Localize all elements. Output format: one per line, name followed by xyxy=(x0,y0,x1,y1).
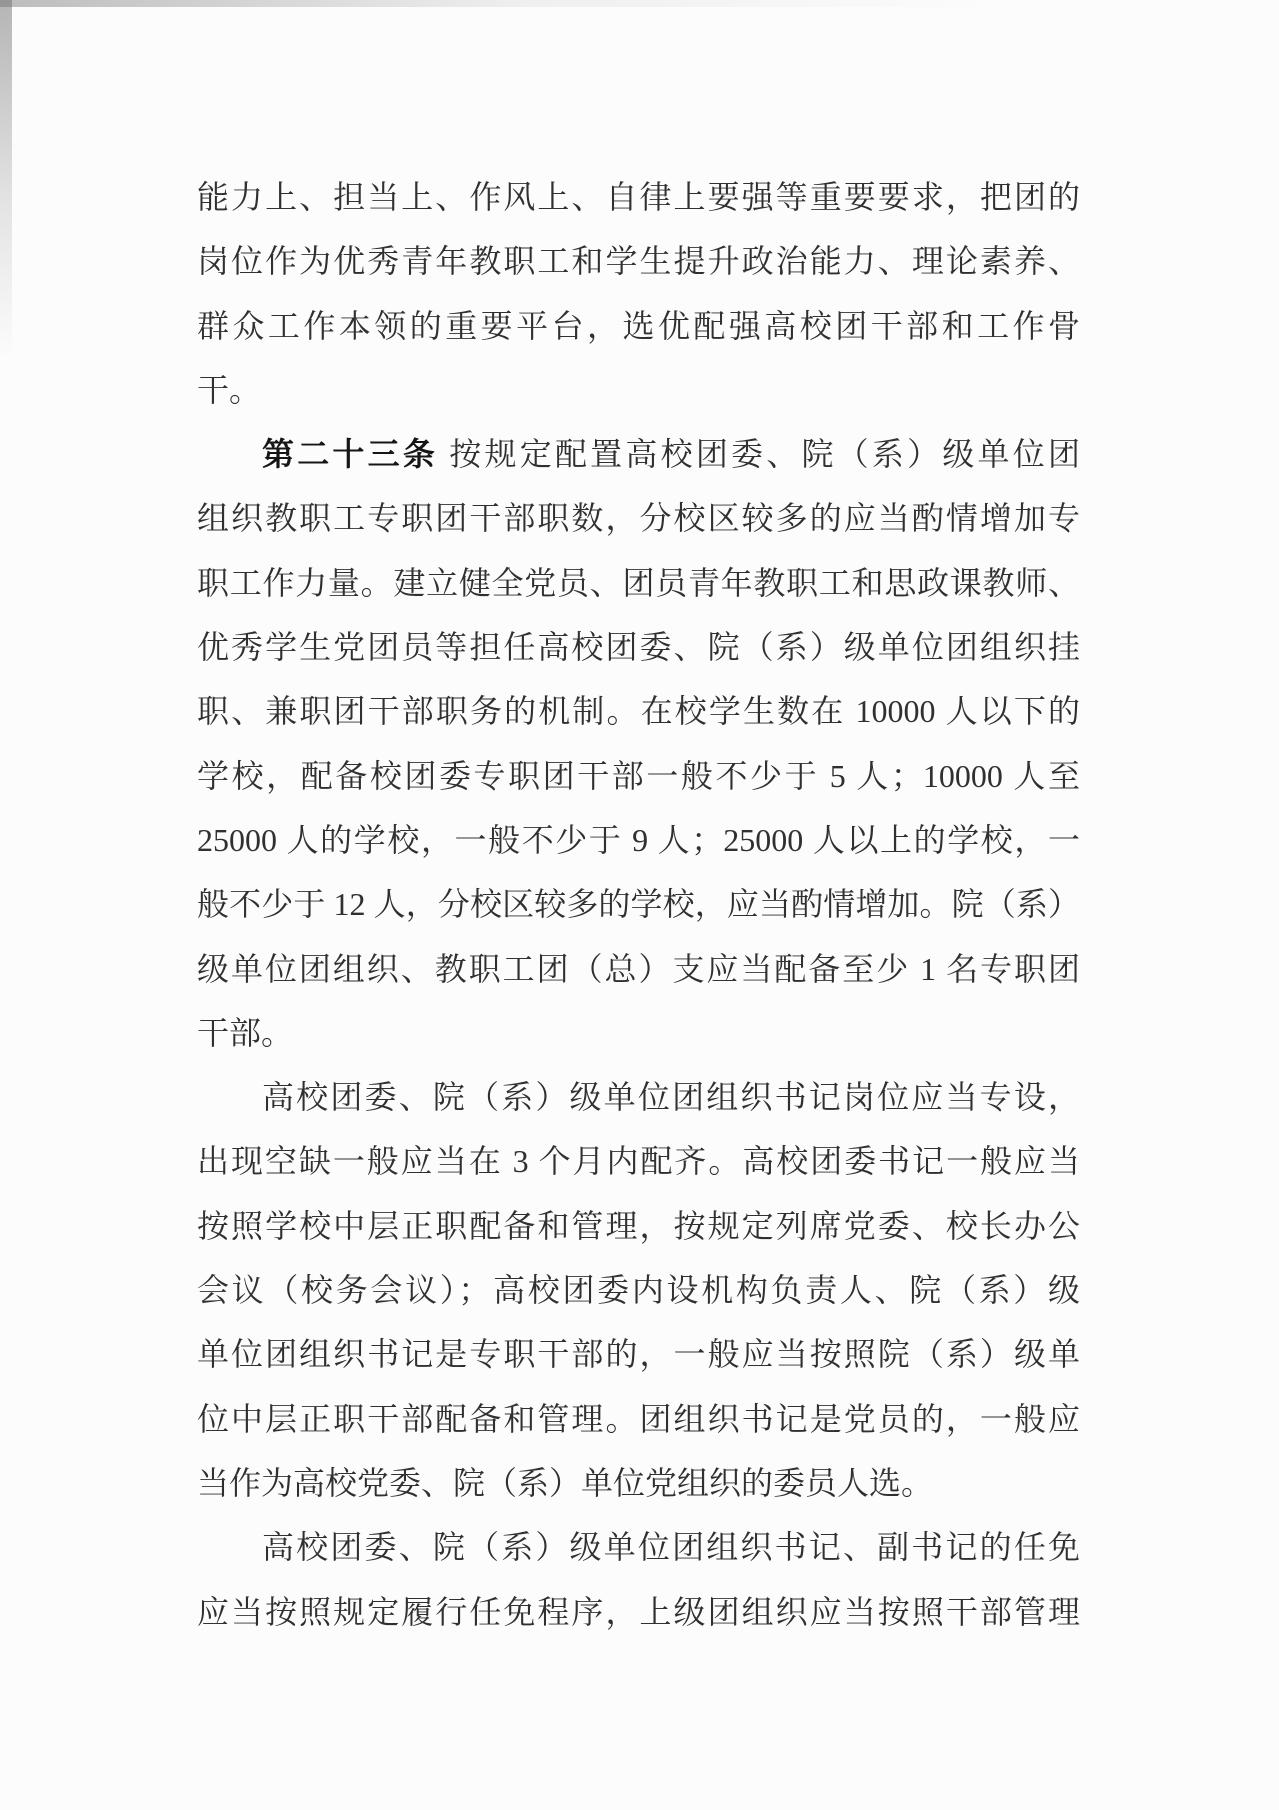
text-run: 高校团委、院（系）级单位团组织书记、副书记的任免 xyxy=(262,1529,1080,1565)
text-run: 级单位团组织、教职工团（总）支应当配备至少 1 名专职团 xyxy=(197,951,1080,987)
text-run: 群众工作本领的重要平台，选优配强高校团干部和工作骨 xyxy=(197,308,1080,344)
text-line: 级单位团组织、教职工团（总）支应当配备至少 1 名专职团 xyxy=(197,937,1080,1001)
document-page: 能力上、担当上、作风上、自律上要强等重要要求，把团的岗位作为优秀青年教职工和学生… xyxy=(0,0,1279,1810)
text-run: 按规定配置高校团委、院（系）级单位团 xyxy=(438,436,1080,472)
text-run: 能力上、担当上、作风上、自律上要强等重要要求，把团的 xyxy=(197,179,1080,215)
text-run: 会议（校务会议）；高校团委内设机构负责人、院（系）级 xyxy=(197,1272,1080,1308)
text-run: 职、兼职团干部职务的机制。在校学生数在 10000 人以下的 xyxy=(197,693,1080,729)
text-line: 25000 人的学校，一般不少于 9 人；25000 人以上的学校，一 xyxy=(197,808,1080,872)
scan-shadow-left xyxy=(0,0,12,360)
document-text-block: 能力上、担当上、作风上、自律上要强等重要要求，把团的岗位作为优秀青年教职工和学生… xyxy=(197,165,1080,1644)
text-run: 25000 人的学校，一般不少于 9 人；25000 人以上的学校，一 xyxy=(197,822,1080,858)
text-line: 高校团委、院（系）级单位团组织书记岗位应当专设， xyxy=(197,1065,1080,1129)
text-run: 按照学校中层正职配备和管理，按规定列席党委、校长办公 xyxy=(197,1208,1080,1244)
text-run: 高校团委、院（系）级单位团组织书记岗位应当专设， xyxy=(262,1079,1080,1115)
text-line: 第二十三条 按规定配置高校团委、院（系）级单位团 xyxy=(197,422,1080,486)
text-line: 干。 xyxy=(197,358,1080,422)
text-run: 出现空缺一般应当在 3 个月内配齐。高校团委书记一般应当 xyxy=(197,1143,1080,1179)
text-run: 组织教职工专职团干部职数，分校区较多的应当酌情增加专 xyxy=(197,500,1080,536)
text-line: 职、兼职团干部职务的机制。在校学生数在 10000 人以下的 xyxy=(197,679,1080,743)
text-line: 高校团委、院（系）级单位团组织书记、副书记的任免 xyxy=(197,1515,1080,1579)
text-run: 干。 xyxy=(197,372,261,408)
text-run: 位中层正职干部配备和管理。团组织书记是党员的，一般应 xyxy=(197,1401,1080,1437)
text-line: 单位团组织书记是专职干部的，一般应当按照院（系）级单 xyxy=(197,1322,1080,1386)
text-line: 位中层正职干部配备和管理。团组织书记是党员的，一般应 xyxy=(197,1387,1080,1451)
text-run: 当作为高校党委、院（系）单位党组织的委员人选。 xyxy=(197,1465,933,1501)
text-run: 优秀学生党团员等担任高校团委、院（系）级单位团组织挂 xyxy=(197,629,1080,665)
text-run: 职工作力量。建立健全党员、团员青年教职工和思政课教师、 xyxy=(197,565,1080,601)
text-line: 当作为高校党委、院（系）单位党组织的委员人选。 xyxy=(197,1451,1080,1515)
text-run: 般不少于 12 人，分校区较多的学校，应当酌情增加。院（系） xyxy=(197,886,1080,922)
scan-shadow-top xyxy=(0,0,1279,7)
text-line: 会议（校务会议）；高校团委内设机构负责人、院（系）级 xyxy=(197,1258,1080,1322)
text-line: 优秀学生党团员等担任高校团委、院（系）级单位团组织挂 xyxy=(197,615,1080,679)
text-line: 组织教职工专职团干部职数，分校区较多的应当酌情增加专 xyxy=(197,486,1080,550)
article-number-bold-run: 第二十三条 xyxy=(262,436,438,472)
text-line: 按照学校中层正职配备和管理，按规定列席党委、校长办公 xyxy=(197,1194,1080,1258)
text-line: 职工作力量。建立健全党员、团员青年教职工和思政课教师、 xyxy=(197,551,1080,615)
text-line: 能力上、担当上、作风上、自律上要强等重要要求，把团的 xyxy=(197,165,1080,229)
text-line: 干部。 xyxy=(197,1001,1080,1065)
text-run: 单位团组织书记是专职干部的，一般应当按照院（系）级单 xyxy=(197,1336,1080,1372)
text-run: 干部。 xyxy=(197,1015,293,1051)
text-line: 出现空缺一般应当在 3 个月内配齐。高校团委书记一般应当 xyxy=(197,1129,1080,1193)
text-run: 岗位作为优秀青年教职工和学生提升政治能力、理论素养、 xyxy=(197,243,1080,279)
text-line: 般不少于 12 人，分校区较多的学校，应当酌情增加。院（系） xyxy=(197,872,1080,936)
text-line: 群众工作本领的重要平台，选优配强高校团干部和工作骨 xyxy=(197,294,1080,358)
text-run: 学校，配备校团委专职团干部一般不少于 5 人；10000 人至 xyxy=(197,758,1080,794)
text-line: 岗位作为优秀青年教职工和学生提升政治能力、理论素养、 xyxy=(197,229,1080,293)
text-line: 学校，配备校团委专职团干部一般不少于 5 人；10000 人至 xyxy=(197,744,1080,808)
text-run: 应当按照规定履行任免程序，上级团组织应当按照干部管理 xyxy=(197,1594,1080,1630)
text-line: 应当按照规定履行任免程序，上级团组织应当按照干部管理 xyxy=(197,1580,1080,1644)
